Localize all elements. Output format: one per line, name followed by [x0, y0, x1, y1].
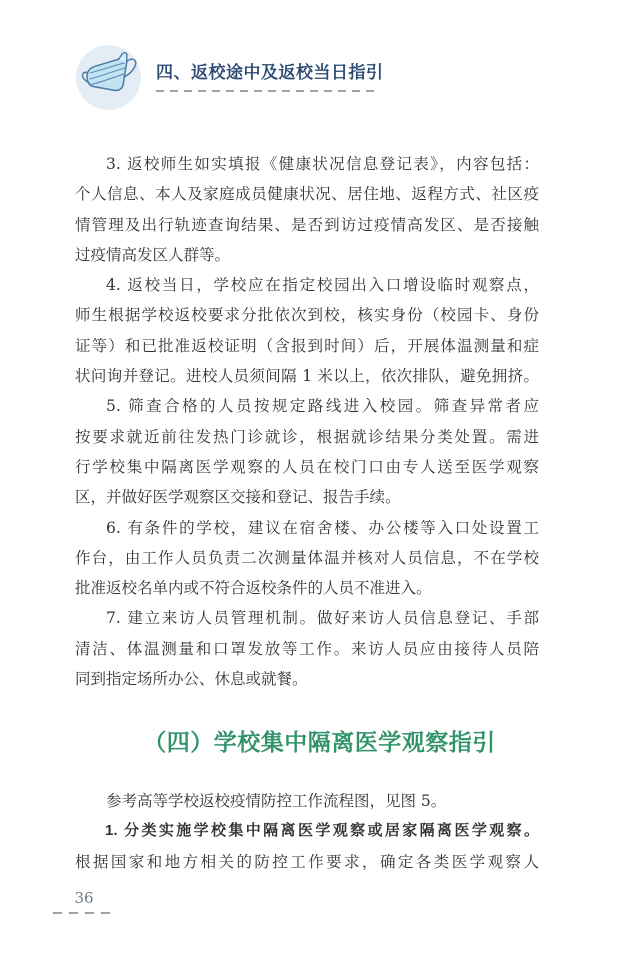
body-line: 过疫情高发区人群等。: [75, 240, 539, 270]
body-line: 作台，由工作人员负责二次测量体温并核对人员信息，不在学校: [75, 543, 539, 573]
page-footer: 36: [53, 889, 115, 914]
body-line: 清洁、体温测量和口罩发放等工作。来访人员应由接待人员陪: [75, 634, 539, 664]
body-line: 同到指定场所办公、休息或就餐。: [75, 664, 539, 694]
body-line: 状问询并登记。进校人员须间隔 1 米以上，依次排队，避免拥挤。: [75, 361, 539, 391]
body-line: 4. 返校当日，学校应在指定校园出入口增设临时观察点，: [75, 270, 539, 300]
title-dashed-underline: [156, 90, 380, 92]
chapter-title: 四、返校途中及返校当日指引: [156, 58, 384, 83]
chapter-header-text: 四、返校途中及返校当日指引: [156, 44, 384, 92]
body-text: 3. 返校师生如实填报《健康状况信息登记表》，内容包括： 个人信息、本人及家庭成…: [75, 149, 539, 694]
body-line: 批准返校名单内或不符合返校条件的人员不准进入。: [75, 573, 539, 603]
body-line: 区，并做好医学观察区交接和登记、报告手续。: [75, 482, 539, 512]
body-line: 行学校集中隔离医学观察的人员在校门口由专人送至医学观察: [75, 452, 539, 482]
body-line: 个人信息、本人及家庭成员健康状况、居住地、返程方式、社区疫: [75, 179, 539, 209]
section-heading: （四）学校集中隔离医学观察指引: [0, 724, 639, 757]
body-line: 5. 筛查合格的人员按规定路线进入校园。筛查异常者应: [75, 391, 539, 421]
body-line: 参考高等学校返校疫情防控工作流程图，见图 5。: [75, 786, 539, 816]
body-line-bold: 1. 分类实施学校集中隔离医学观察或居家隔离医学观察。: [75, 816, 539, 846]
document-page: 四、返校途中及返校当日指引 3. 返校师生如实填报《健康状况信息登记表》，内容包…: [0, 0, 639, 959]
body-line: 7. 建立来访人员管理机制。做好来访人员信息登记、手部: [75, 603, 539, 633]
footer-dashed-rule: [53, 912, 115, 914]
chapter-header: 四、返校途中及返校当日指引: [75, 44, 384, 111]
page-number: 36: [53, 889, 115, 907]
face-mask-icon: [75, 44, 142, 111]
body-line: 3. 返校师生如实填报《健康状况信息登记表》，内容包括：: [75, 149, 539, 179]
body-line: 证等）和已批准返校证明（含报到时间）后，开展体温测量和症: [75, 331, 539, 361]
section-body-text: 参考高等学校返校疫情防控工作流程图，见图 5。 1. 分类实施学校集中隔离医学观…: [75, 786, 539, 877]
body-line: 按要求就近前往发热门诊就诊，根据就诊结果分类处置。需进: [75, 422, 539, 452]
body-line: 情管理及出行轨迹查询结果、是否到访过疫情高发区、是否接触: [75, 210, 539, 240]
body-line: 根据国家和地方相关的防控工作要求，确定各类医学观察人: [75, 847, 539, 877]
body-line: 师生根据学校返校要求分批依次到校，核实身份（校园卡、身份: [75, 300, 539, 330]
body-line: 6. 有条件的学校，建议在宿舍楼、办公楼等入口处设置工: [75, 513, 539, 543]
